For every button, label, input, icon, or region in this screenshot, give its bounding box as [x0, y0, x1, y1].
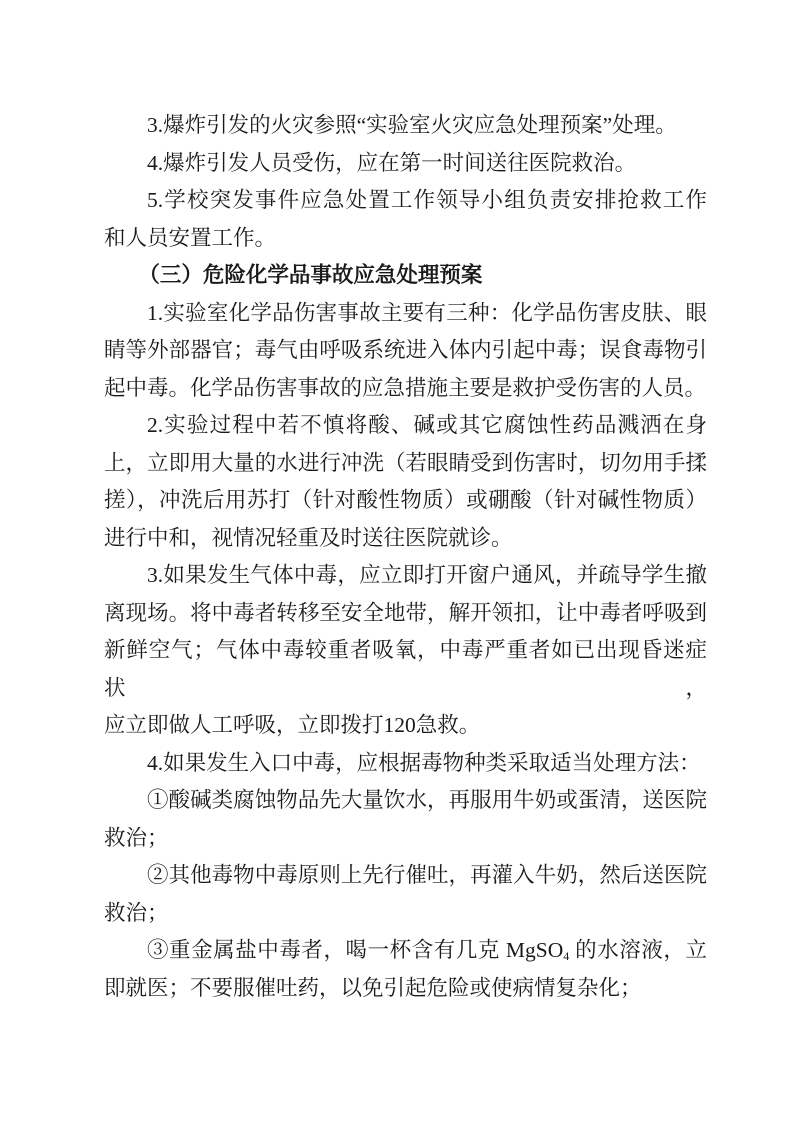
text-line: 救治； — [104, 895, 707, 933]
text-line: 搓），冲洗后用苏打（针对酸性物质）或硼酸（针对碱性物质） — [104, 482, 707, 520]
text-run: 睛等外部器官；毒气由呼吸系统进入体内引起中毒；误食毒物引 — [104, 338, 707, 362]
text-line: 4.爆炸引发人员受伤，应在第一时间送往医院救治。 — [104, 145, 707, 183]
document-page: 3.爆炸引发的火灾参照“实验室火灾应急处理预案”处理。4.爆炸引发人员受伤，应在… — [0, 0, 793, 1122]
text-run: 的水溶液，立 — [569, 938, 707, 962]
text-run: （三）危险化学品事故应急处理预案 — [138, 263, 482, 287]
text-run: 救治； — [104, 826, 169, 850]
text-run: 3.爆炸引发的火灾参照“实验室火灾应急处理预案”处理。 — [147, 113, 677, 137]
text-line: ②其他毒物中毒原则上先行催吐，再灌入牛奶，然后送医院 — [104, 857, 707, 895]
text-line: 应立即做人工呼吸，立即拨打120急救。 — [104, 707, 707, 745]
text-run: 进行中和，视情况轻重及时送往医院就诊。 — [104, 526, 513, 550]
text-run: 即就医；不要服催吐药，以免引起危险或使病情复杂化； — [104, 976, 642, 1000]
text-run: 救治； — [104, 901, 169, 925]
text-run: 离现场。将中毒者转移至安全地带，解开领扣，让中毒者呼吸到 — [104, 601, 707, 625]
text-line: 上，立即用大量的水进行冲洗（若眼睛受到伤害时，切勿用手揉 — [104, 445, 707, 483]
text-run: ①酸碱类腐蚀物品先大量饮水，再服用牛奶或蛋清，送医院 — [147, 788, 707, 812]
text-line: 2.实验过程中若不慎将酸、碱或其它腐蚀性药品溅洒在身 — [104, 407, 707, 445]
text-line: ③重金属盐中毒者，喝一杯含有几克 MgSO4 的水溶液，立 — [104, 932, 707, 970]
text-run: 和人员安置工作。 — [104, 226, 276, 250]
text-run: 1.实验室化学品伤害事故主要有三种：化学品伤害皮肤、眼 — [147, 301, 707, 325]
document-body: 3.爆炸引发的火灾参照“实验室火灾应急处理预案”处理。4.爆炸引发人员受伤，应在… — [104, 107, 707, 1007]
text-run: 2.实验过程中若不慎将酸、碱或其它腐蚀性药品溅洒在身 — [147, 413, 707, 437]
text-line: 4.如果发生入口中毒，应根据毒物种类采取适当处理方法： — [104, 745, 707, 783]
text-run: 4.爆炸引发人员受伤，应在第一时间送往医院救治。 — [147, 151, 636, 175]
text-run: 搓），冲洗后用苏打（针对酸性物质）或硼酸（针对碱性物质） — [104, 488, 707, 512]
text-line: 3.爆炸引发的火灾参照“实验室火灾应急处理预案”处理。 — [104, 107, 707, 145]
section-heading: （三）危险化学品事故应急处理预案 — [104, 257, 707, 295]
text-line: 起中毒。化学品伤害事故的应急措施主要是救护受伤害的人员。 — [104, 370, 707, 408]
text-line: 新鲜空气；气体中毒较重者吸氧，中毒严重者如已出现昏迷症状， — [104, 632, 707, 707]
text-line: 离现场。将中毒者转移至安全地带，解开领扣，让中毒者呼吸到 — [104, 595, 707, 633]
text-line: ①酸碱类腐蚀物品先大量饮水，再服用牛奶或蛋清，送医院 — [104, 782, 707, 820]
text-line: 即就医；不要服催吐药，以免引起危险或使病情复杂化； — [104, 970, 707, 1008]
text-line: 进行中和，视情况轻重及时送往医院就诊。 — [104, 520, 707, 558]
text-line: 3.如果发生气体中毒，应立即打开窗户通风，并疏导学生撤 — [104, 557, 707, 595]
text-line: 1.实验室化学品伤害事故主要有三种：化学品伤害皮肤、眼 — [104, 295, 707, 333]
text-line: 睛等外部器官；毒气由呼吸系统进入体内引起中毒；误食毒物引 — [104, 332, 707, 370]
text-run: ②其他毒物中毒原则上先行催吐，再灌入牛奶，然后送医院 — [147, 863, 707, 887]
text-run: 3.如果发生气体中毒，应立即打开窗户通风，并疏导学生撤 — [147, 563, 707, 587]
text-line: 救治； — [104, 820, 707, 858]
text-run: 上，立即用大量的水进行冲洗（若眼睛受到伤害时，切勿用手揉 — [104, 451, 707, 475]
text-run: 新鲜空气；气体中毒较重者吸氧，中毒严重者如已出现昏迷症状， — [104, 638, 707, 700]
text-run: 应立即做人工呼吸，立即拨打120急救。 — [104, 713, 480, 737]
text-run: 4.如果发生入口中毒，应根据毒物种类采取适当处理方法： — [147, 751, 701, 775]
text-run: 5.学校突发事件应急处置工作领导小组负责安排抢救工作 — [147, 188, 707, 212]
text-line: 5.学校突发事件应急处置工作领导小组负责安排抢救工作 — [104, 182, 707, 220]
text-line: 和人员安置工作。 — [104, 220, 707, 258]
text-run: 起中毒。化学品伤害事故的应急措施主要是救护受伤害的人员。 — [104, 376, 706, 400]
text-run: ③重金属盐中毒者，喝一杯含有几克 MgSO — [147, 938, 563, 962]
